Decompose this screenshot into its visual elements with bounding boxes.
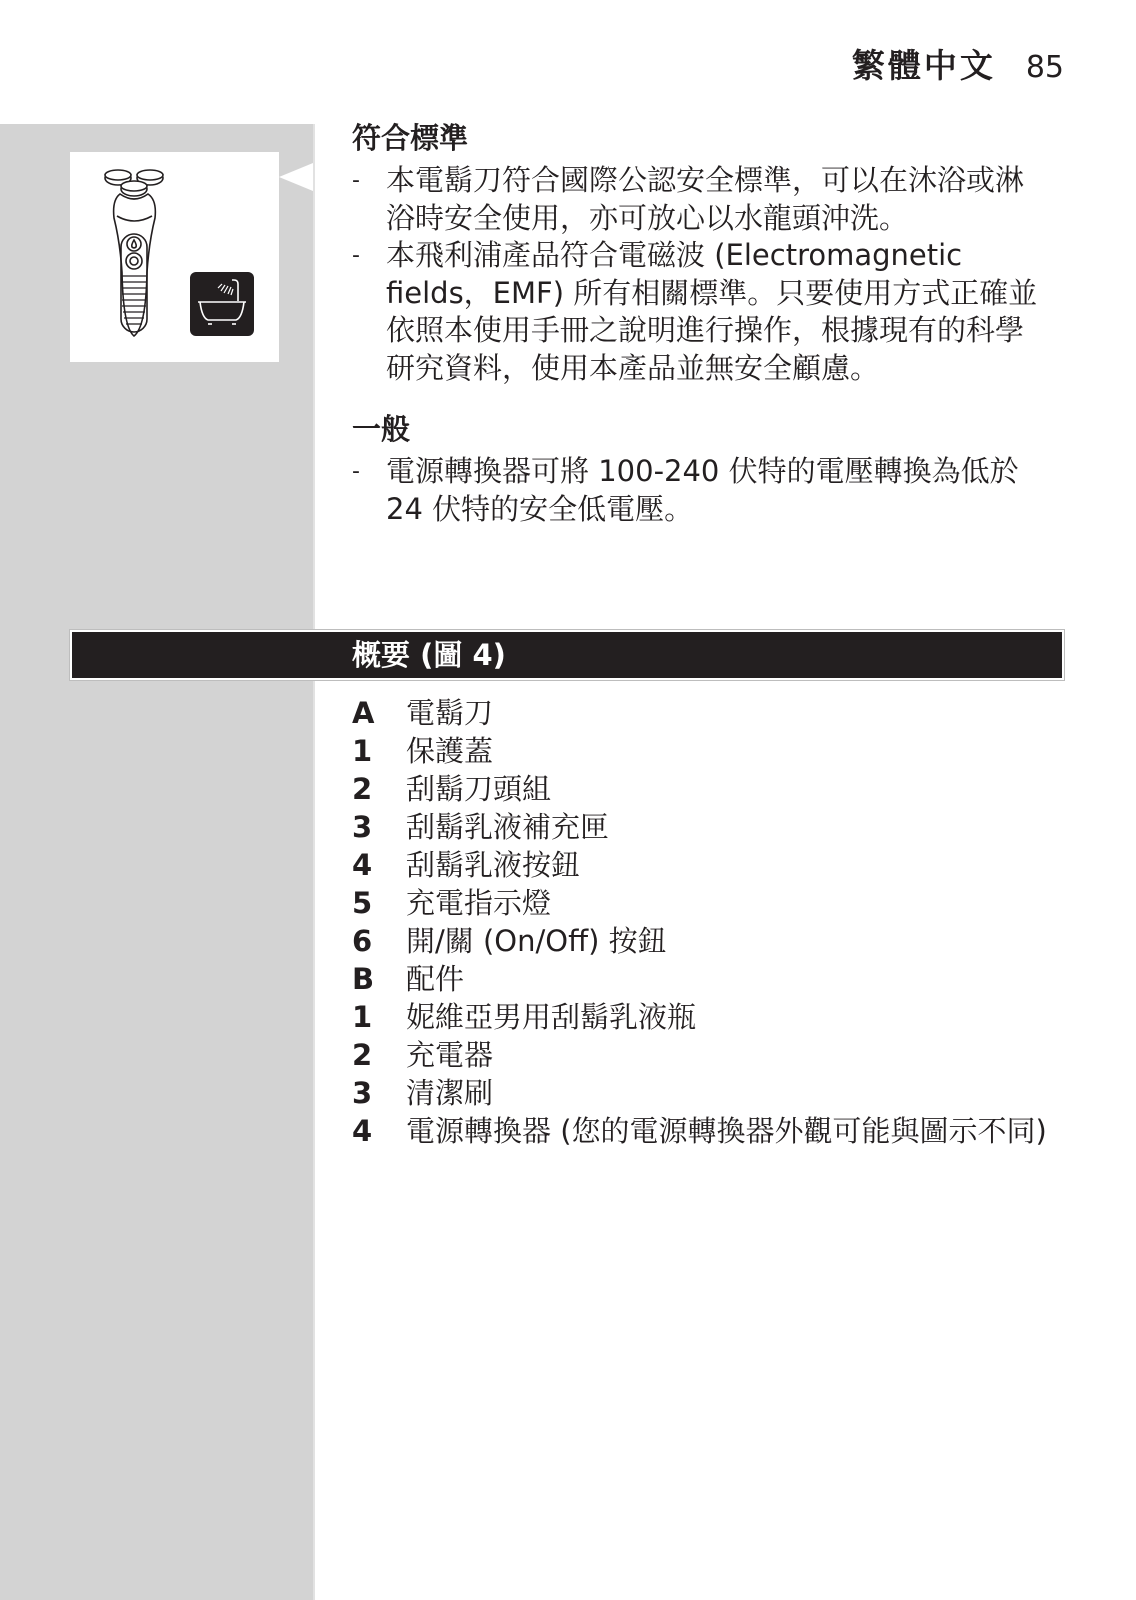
bullet-item: - 本飛利浦產品符合電磁波 (Electromagnetic fields，EM… xyxy=(352,237,1052,387)
list-item: 4刮鬍乳液按鈕 xyxy=(352,846,1052,884)
item-label: 配件 xyxy=(406,960,1052,998)
list-item: 3清潔刷 xyxy=(352,1074,1052,1112)
bullet-dash: - xyxy=(352,453,386,528)
item-label: 電鬍刀 xyxy=(406,694,1052,732)
section-title: 符合標準 xyxy=(352,118,1052,158)
item-label: 電源轉換器 (您的電源轉換器外觀可能與圖示不同) xyxy=(406,1112,1052,1150)
list-item: 3刮鬍乳液補充匣 xyxy=(352,808,1052,846)
item-label: 刮鬍刀頭組 xyxy=(406,770,1052,808)
item-label: 清潔刷 xyxy=(406,1074,1052,1112)
item-key: 1 xyxy=(352,998,406,1036)
section-general: 一般 - 電源轉換器可將 100-240 伏特的電壓轉換為低於 24 伏特的安全… xyxy=(352,409,1052,528)
item-label: 保護蓋 xyxy=(406,732,1052,770)
shower-bath-icon xyxy=(190,272,254,336)
bullet-item: - 本電鬍刀符合國際公認安全標準，可以在沐浴或淋浴時安全使用，亦可放心以水龍頭沖… xyxy=(352,162,1052,237)
list-item: 6開/關 (On/Off) 按鈕 xyxy=(352,922,1052,960)
item-key: 1 xyxy=(352,732,406,770)
list-item: A電鬍刀 xyxy=(352,694,1052,732)
list-item: 4電源轉換器 (您的電源轉換器外觀可能與圖示不同) xyxy=(352,1112,1052,1150)
overview-heading-bar: 概要 (圖 4) xyxy=(70,630,1064,680)
page-header: 繁體中文 85 xyxy=(852,40,1064,87)
list-item: 2充電器 xyxy=(352,1036,1052,1074)
item-label: 充電指示燈 xyxy=(406,884,1052,922)
item-label: 刮鬍乳液補充匣 xyxy=(406,808,1052,846)
item-key: 4 xyxy=(352,1112,406,1150)
item-key: 2 xyxy=(352,1036,406,1074)
list-item: 1保護蓋 xyxy=(352,732,1052,770)
bullet-item: - 電源轉換器可將 100-240 伏特的電壓轉換為低於 24 伏特的安全低電壓… xyxy=(352,453,1052,528)
item-label: 刮鬍乳液按鈕 xyxy=(406,846,1052,884)
item-label: 妮維亞男用刮鬍乳液瓶 xyxy=(406,998,1052,1036)
item-key: B xyxy=(352,960,406,998)
bullet-dash: - xyxy=(352,162,386,237)
figure-pointer xyxy=(279,163,313,191)
list-item: 2刮鬍刀頭組 xyxy=(352,770,1052,808)
bullet-text: 本飛利浦產品符合電磁波 (Electromagnetic fields，EMF)… xyxy=(386,237,1052,387)
gray-column-edge xyxy=(313,124,315,1600)
item-key: 5 xyxy=(352,884,406,922)
item-label: 充電器 xyxy=(406,1036,1052,1074)
language-label: 繁體中文 xyxy=(852,40,996,87)
item-key: 6 xyxy=(352,922,406,960)
list-item: 5充電指示燈 xyxy=(352,884,1052,922)
bullet-dash: - xyxy=(352,237,386,387)
section-title: 一般 xyxy=(352,409,1052,449)
item-key: 2 xyxy=(352,770,406,808)
section-compliance: 符合標準 - 本電鬍刀符合國際公認安全標準，可以在沐浴或淋浴時安全使用，亦可放心… xyxy=(352,118,1052,387)
item-key: 3 xyxy=(352,1074,406,1112)
item-key: A xyxy=(352,694,406,732)
item-key: 4 xyxy=(352,846,406,884)
bullet-text: 本電鬍刀符合國際公認安全標準，可以在沐浴或淋浴時安全使用，亦可放心以水龍頭沖洗。 xyxy=(386,162,1052,237)
main-content: 符合標準 - 本電鬍刀符合國際公認安全標準，可以在沐浴或淋浴時安全使用，亦可放心… xyxy=(352,118,1052,528)
list-item: B配件 xyxy=(352,960,1052,998)
parts-list: A電鬍刀 1保護蓋 2刮鬍刀頭組 3刮鬍乳液補充匣 4刮鬍乳液按鈕 5充電指示燈… xyxy=(352,694,1052,1150)
item-key: 3 xyxy=(352,808,406,846)
page-number: 85 xyxy=(1026,50,1064,85)
list-item: 1妮維亞男用刮鬍乳液瓶 xyxy=(352,998,1052,1036)
item-label: 開/關 (On/Off) 按鈕 xyxy=(406,922,1052,960)
bullet-text: 電源轉換器可將 100-240 伏特的電壓轉換為低於 24 伏特的安全低電壓。 xyxy=(386,453,1052,528)
overview-title: 概要 (圖 4) xyxy=(352,636,506,674)
